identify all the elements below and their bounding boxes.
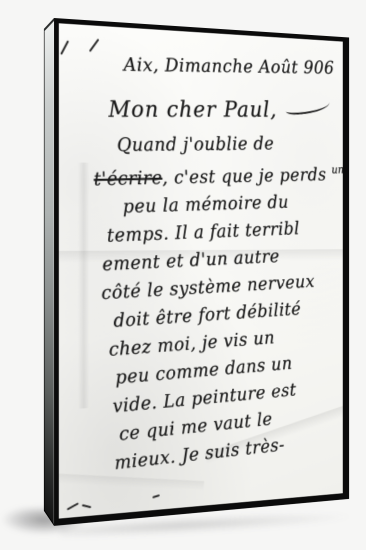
letter-text: Aix, Dimanche Août 906 Mon cher Paul, Qu… [72, 50, 343, 482]
canvas-print: Aix, Dimanche Août 906 Mon cher Paul, Qu… [54, 18, 349, 526]
letter-line: t'écrire, c'est que je perds un [93, 157, 342, 194]
canvas-print-scene: Aix, Dimanche Août 906 Mon cher Paul, Qu… [0, 0, 366, 550]
photo-backdrop: Aix, Dimanche Août 906 Mon cher Paul, Qu… [0, 0, 366, 550]
letter-line-text: Quand j'oublie de [117, 133, 275, 156]
canvas-side-panel [44, 18, 54, 526]
superscript-word: un [331, 163, 343, 176]
letter-line: Quand j'oublie de [116, 130, 340, 160]
pen-mark [152, 494, 159, 498]
letter-line-salutation: Mon cher Paul, [108, 93, 340, 126]
pen-mark [82, 504, 92, 508]
letter-line-text: Mon cher Paul, [108, 97, 278, 123]
letter-line-text: temps. Il a fait terribl [107, 219, 300, 247]
flourish-stroke [285, 98, 330, 115]
print-front-face: Aix, Dimanche Août 906 Mon cher Paul, Qu… [54, 18, 349, 526]
letter-line-date: Aix, Dimanche Août 906 [123, 51, 339, 82]
pen-mark [67, 502, 79, 510]
letter-line-text: peu la mémoire du [122, 192, 289, 218]
letter-line-text: , c'est que je perds [162, 164, 327, 188]
letter-paper: Aix, Dimanche Août 906 Mon cher Paul, Qu… [59, 23, 343, 518]
letter-line-text: Aix, Dimanche Août 906 [123, 54, 334, 78]
struck-word: t'écrire [93, 167, 162, 190]
pen-mark [60, 40, 69, 55]
